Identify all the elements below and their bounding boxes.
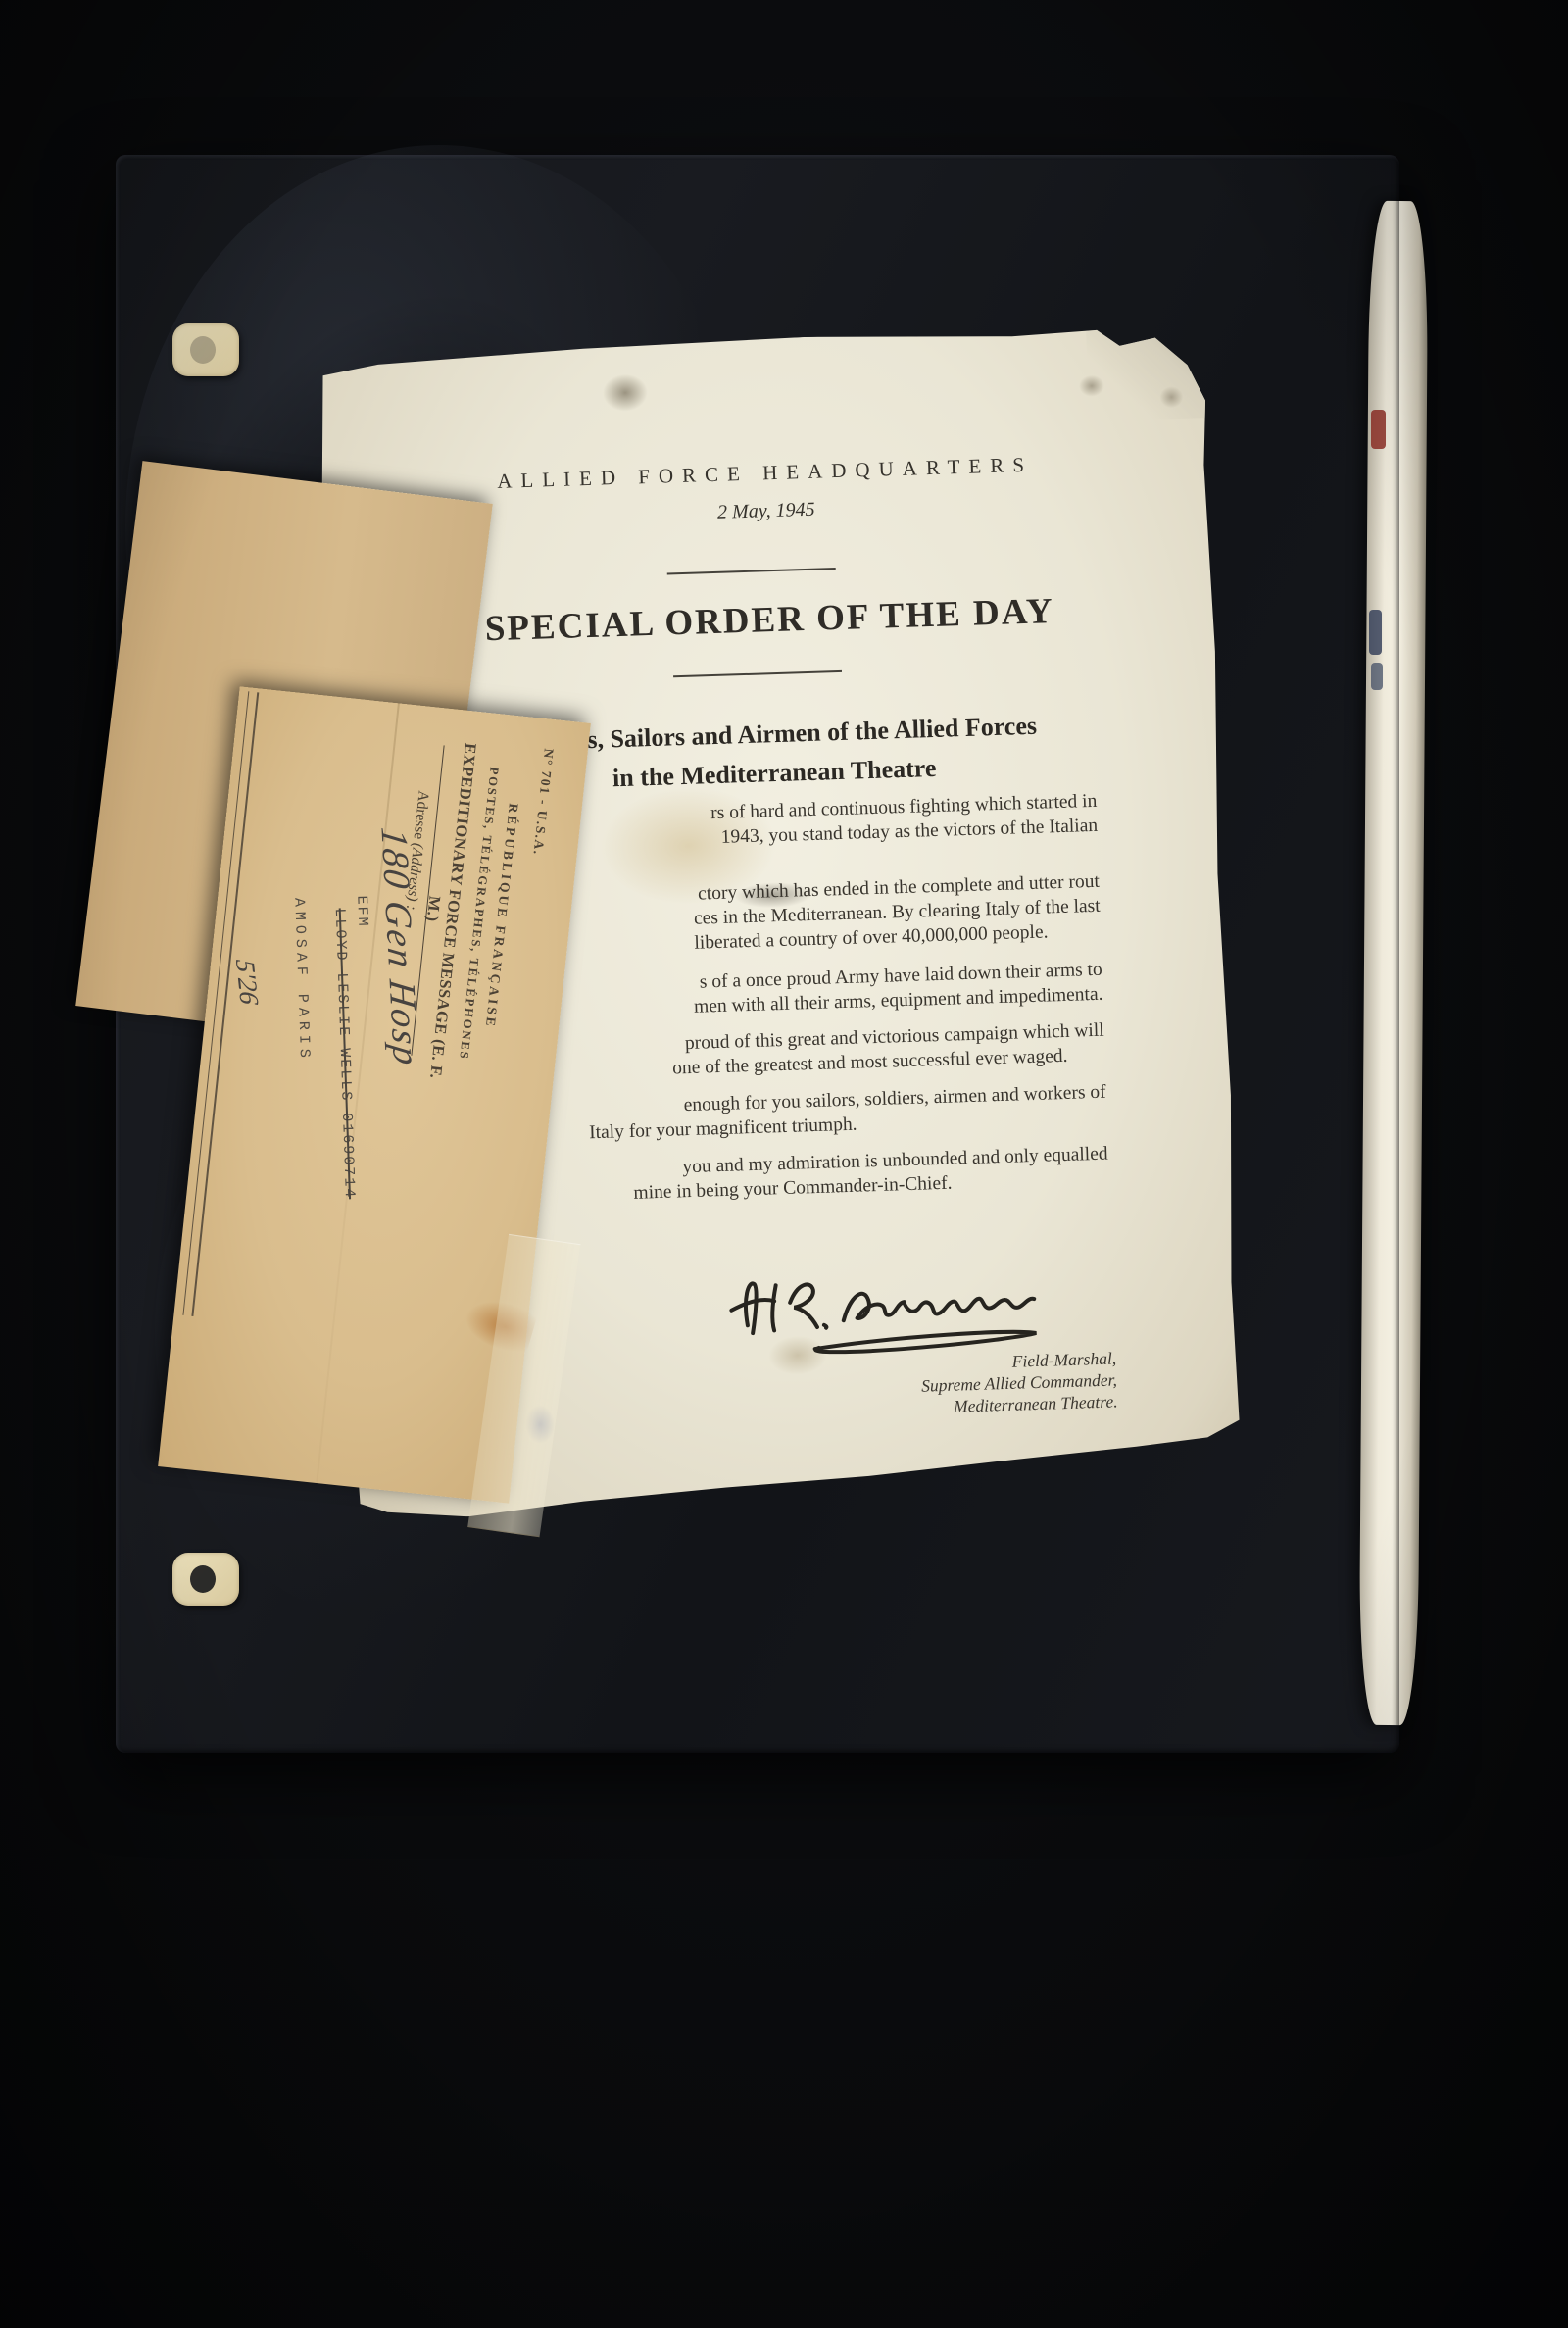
telegram-handwritten-note: 5'26 bbox=[229, 959, 265, 1005]
signature-block: Field-Marshal, Supreme Allied Commander,… bbox=[837, 1347, 1118, 1420]
page-edge-red-mark bbox=[1371, 410, 1386, 449]
divider-rule bbox=[667, 568, 836, 574]
page-edge-blue-mark bbox=[1369, 610, 1382, 655]
typed-line-struck: LLOYD LESLIE WELLS 01690714 bbox=[331, 908, 358, 1199]
paragraph: proud of this great and victorious campa… bbox=[533, 1018, 1105, 1085]
paragraph: enough for you sailors, soldiers, airmen… bbox=[534, 1080, 1106, 1147]
document-body: rs of hard and continuous fighting which… bbox=[525, 789, 1109, 1209]
paragraph: you and my admiration is unbounded and o… bbox=[536, 1142, 1108, 1209]
paragraph: ctory which has ended in the complete an… bbox=[528, 869, 1102, 961]
page-edge-sliver bbox=[1359, 201, 1429, 1725]
punch-hole-tab bbox=[172, 323, 239, 376]
telegram-form-number: N° 701 - U.S.A. bbox=[529, 748, 556, 857]
stain bbox=[602, 373, 648, 412]
telegram-typed-address: EFM LLOYD LESLIE WELLS 01690714 AMOSAF P… bbox=[290, 895, 380, 1201]
photo-of-album-page: ALLIED FORCE HEADQUARTERS 2 May, 1945 SP… bbox=[0, 0, 1568, 2328]
typed-line: AMOSAF PARIS bbox=[290, 898, 318, 1201]
page-edge-blue-mark bbox=[1371, 663, 1383, 690]
paragraph: s of a once proud Army have laid down th… bbox=[531, 958, 1103, 1024]
punch-hole bbox=[190, 336, 216, 364]
divider-rule bbox=[673, 670, 842, 677]
paragraph: rs of hard and continuous fighting which… bbox=[525, 789, 1098, 856]
punch-hole-tab bbox=[172, 1553, 239, 1606]
punch-hole bbox=[190, 1565, 216, 1593]
typed-line: EFM bbox=[353, 895, 380, 1198]
